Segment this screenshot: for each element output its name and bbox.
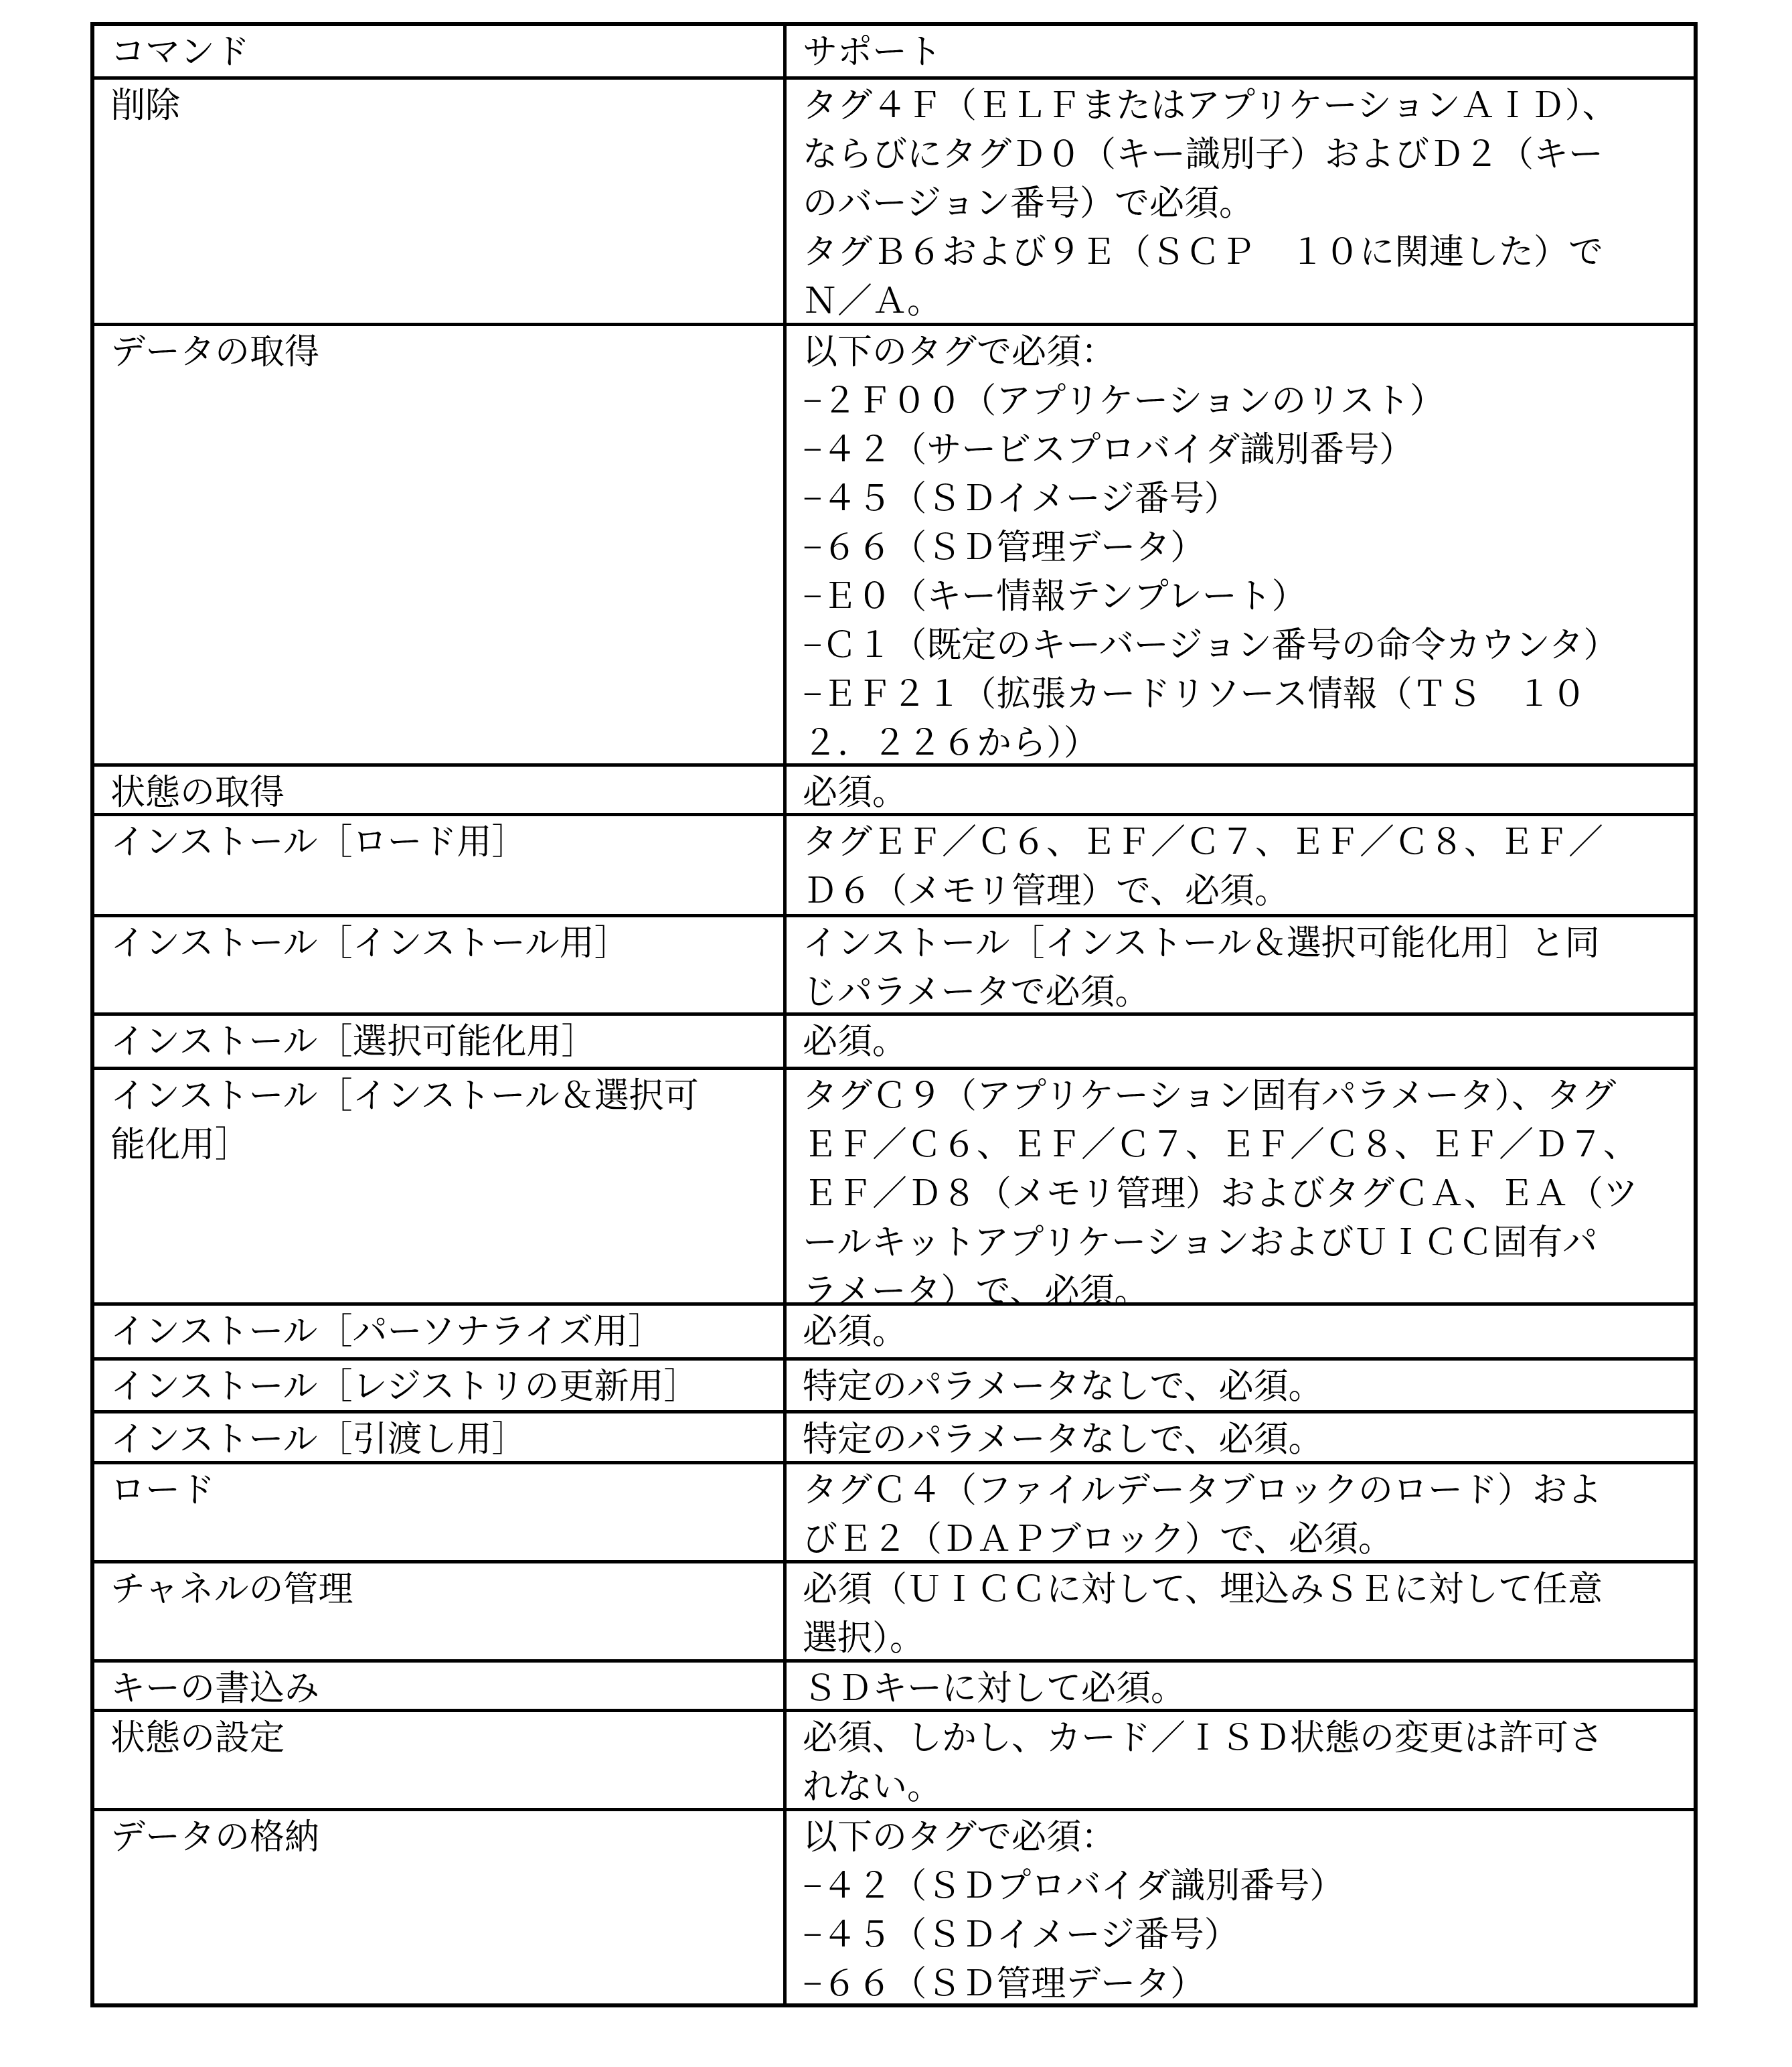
row-set-status: 状態の設定 必須、しかし、カード／ＩＳＤ状態の変更は許可されない。 [94,1712,1694,1811]
command-cell: キーの書込み [94,1663,787,1709]
text-line: タグ４Ｆ（ＥＬＦまたはアプリケーションＡＩＤ）、 [803,82,1679,131]
command-cell: ロード [94,1464,787,1560]
header-command-cell: コマンド [94,26,787,76]
support-cell: 必須（ＵＩＣＣに対して、埋込みＳＥに対して任意選択）。 [787,1563,1694,1659]
command-cell: インストール［引渡し用］ [94,1413,787,1461]
text-line: 能化用］ [110,1121,768,1170]
support-cell: タグＣ４（ファイルデータブロックのロード）およびＥ２（ＤＡＰブロック）で、必須。 [787,1464,1694,1560]
text-line: 以下のタグで必須： [803,328,1679,377]
command-cell: 状態の設定 [94,1712,787,1808]
text-line: 以下のタグで必須： [803,1813,1679,1862]
text-line: −２Ｆ００（アプリケーションのリスト） [803,377,1679,426]
support-cell: タグＥＦ／Ｃ６、ＥＦ／Ｃ７、ＥＦ／Ｃ８、ＥＦ／Ｄ６（メモリ管理）で、必須。 [787,816,1694,914]
row-manage-channel: チャネルの管理 必須（ＵＩＣＣに対して、埋込みＳＥに対して任意選択）。 [94,1563,1694,1663]
row-delete: 削除 タグ４Ｆ（ＥＬＦまたはアプリケーションＡＩＤ）、ならびにタグＤ０（キー識別… [94,80,1694,326]
text-line: −４５（ＳＤイメージ番号） [803,475,1679,524]
text-line: 特定のパラメータなしで、必須。 [803,1415,1679,1461]
row-install-for-load: インストール［ロード用］ タグＥＦ／Ｃ６、ＥＦ／Ｃ７、ＥＦ／Ｃ８、ＥＦ／Ｄ６（メ… [94,816,1694,917]
row-install-for-make-selectable: インストール［選択可能化用］ 必須。 [94,1016,1694,1070]
text-line: −６６（ＳＤ管理データ） [803,524,1679,572]
text-line: タグＥＦ／Ｃ６、ＥＦ／Ｃ７、ＥＦ／Ｃ８、ＥＦ／ [803,818,1679,867]
row-install-for-install: インストール［インストール用］ インストール［インストール＆選択可能化用］と同じ… [94,917,1694,1016]
command-cell: インストール［パーソナライズ用］ [94,1306,787,1357]
document-page: コマンド サポート 削除 タグ４Ｆ（ＥＬＦまたはアプリケーションＡＩＤ）、ならび… [0,0,1792,2067]
support-cell: タグ４Ｆ（ＥＬＦまたはアプリケーションＡＩＤ）、ならびにタグＤ０（キー識別子）お… [787,80,1694,323]
text-line: データの取得 [110,328,768,377]
command-cell: インストール［インストール用］ [94,917,787,1012]
text-line: インストール［インストール＆選択可能化用］と同 [803,919,1679,968]
text-line: −６６（ＳＤ管理データ） [803,1960,1679,2003]
text-line: インストール［引渡し用］ [110,1415,768,1461]
text-line: 必須、しかし、カード／ＩＳＤ状態の変更は許可さ [803,1714,1679,1763]
text-line: キーの書込み [110,1665,768,1709]
support-cell: 以下のタグで必須：−４２（ＳＤプロバイダ識別番号）−４５（ＳＤイメージ番号）−６… [787,1811,1694,2003]
text-line: ロード [110,1466,768,1515]
text-line: じパラメータで必須。 [803,968,1679,1012]
text-line: チャネルの管理 [110,1565,768,1614]
row-put-key: キーの書込み ＳＤキーに対して必須。 [94,1663,1694,1712]
text-line: −４５（ＳＤイメージ番号） [803,1911,1679,1960]
command-cell: 削除 [94,80,787,323]
support-cell: 特定のパラメータなしで、必須。 [787,1361,1694,1410]
text-line: インストール［レジストリの更新用］ [110,1363,768,1410]
text-line: 必須。 [803,1018,1679,1067]
support-cell: ＳＤキーに対して必須。 [787,1663,1694,1709]
row-install-for-install-and-make-selectable: インストール［インストール＆選択可能化用］ タグＣ９（アプリケーション固有パラメ… [94,1070,1694,1306]
text-line: ＳＤキーに対して必須。 [803,1665,1679,1709]
text-line: 必須。 [803,769,1679,813]
header-support-label: サポート [803,28,1679,76]
row-install-for-personalization: インストール［パーソナライズ用］ 必須。 [94,1306,1694,1361]
text-line: Ｄ６（メモリ管理）で、必須。 [803,867,1679,914]
support-cell: 必須、しかし、カード／ＩＳＤ状態の変更は許可されない。 [787,1712,1694,1808]
text-line: Ｎ／Ａ。 [803,277,1679,323]
header-command-label: コマンド [110,28,768,76]
text-line: タグＣ９（アプリケーション固有パラメータ）、タグ [803,1072,1679,1121]
support-cell: 以下のタグで必須：−２Ｆ００（アプリケーションのリスト）−４２（サービスプロバイ… [787,326,1694,763]
text-line: ラメータ）で、必須。 [803,1268,1679,1302]
text-line: 削除 [110,82,768,131]
text-line: 特定のパラメータなしで、必須。 [803,1363,1679,1410]
text-line: 状態の設定 [110,1714,768,1763]
text-line: インストール［ロード用］ [110,818,768,867]
command-cell: チャネルの管理 [94,1563,787,1659]
command-cell: データの格納 [94,1811,787,2003]
text-line: −Ｅ０（キー情報テンプレート） [803,572,1679,621]
text-line: −ＥＦ２１（拡張カードリソース情報（ＴＳ １０ [803,670,1679,719]
text-line: インストール［インストール用］ [110,919,768,968]
text-line: −Ｃ１（既定のキーバージョン番号の命令カウンタ） [803,621,1679,670]
command-cell: インストール［ロード用］ [94,816,787,914]
support-cell: タグＣ９（アプリケーション固有パラメータ）、タグＥＦ／Ｃ６、ＥＦ／Ｃ７、ＥＦ／Ｃ… [787,1070,1694,1302]
text-line: ＥＦ／Ｄ８（メモリ管理）およびタグＣＡ、ＥＡ（ツ [803,1170,1679,1219]
table-header-row: コマンド サポート [94,26,1694,80]
command-cell: データの取得 [94,326,787,763]
support-cell: 特定のパラメータなしで、必須。 [787,1413,1694,1461]
text-line: インストール［選択可能化用］ [110,1018,768,1067]
row-load: ロード タグＣ４（ファイルデータブロックのロード）およびＥ２（ＤＡＰブロック）で… [94,1464,1694,1563]
text-line: ２．２２６から）） [803,719,1679,763]
support-cell: 必須。 [787,767,1694,813]
row-get-data: データの取得 以下のタグで必須：−２Ｆ００（アプリケーションのリスト）−４２（サ… [94,326,1694,767]
text-line: インストール［インストール＆選択可 [110,1072,768,1121]
text-line: 必須（ＵＩＣＣに対して、埋込みＳＥに対して任意 [803,1565,1679,1614]
text-line: ならびにタグＤ０（キー識別子）およびＤ２（キー [803,131,1679,179]
header-support-cell: サポート [787,26,1694,76]
text-line: 選択）。 [803,1614,1679,1659]
support-cell: 必須。 [787,1306,1694,1357]
text-line: ールキットアプリケーションおよびＵＩＣＣ固有パ [803,1219,1679,1268]
command-cell: インストール［レジストリの更新用］ [94,1361,787,1410]
command-support-table: コマンド サポート 削除 タグ４Ｆ（ＥＬＦまたはアプリケーションＡＩＤ）、ならび… [90,22,1698,2007]
text-line: データの格納 [110,1813,768,1862]
text-line: −４２（サービスプロバイダ識別番号） [803,426,1679,475]
support-cell: 必須。 [787,1016,1694,1067]
text-line: びＥ２（ＤＡＰブロック）で、必須。 [803,1515,1679,1560]
command-cell: インストール［インストール＆選択可能化用］ [94,1070,787,1302]
text-line: ＥＦ／Ｃ６、ＥＦ／Ｃ７、ＥＦ／Ｃ８、ＥＦ／Ｄ７、 [803,1121,1679,1170]
text-line: タグＢ６および９Ｅ（ＳＣＰ １０に関連した）で [803,228,1679,277]
support-cell: インストール［インストール＆選択可能化用］と同じパラメータで必須。 [787,917,1694,1012]
text-line: のバージョン番号）で必須。 [803,179,1679,228]
row-install-for-extradition: インストール［引渡し用］ 特定のパラメータなしで、必須。 [94,1413,1694,1464]
text-line: −４２（ＳＤプロバイダ識別番号） [803,1862,1679,1911]
row-get-status: 状態の取得 必須。 [94,767,1694,816]
text-line: 必須。 [803,1308,1679,1357]
text-line: 状態の取得 [110,769,768,813]
command-cell: インストール［選択可能化用］ [94,1016,787,1067]
text-line: インストール［パーソナライズ用］ [110,1308,768,1357]
command-cell: 状態の取得 [94,767,787,813]
row-store-data: データの格納 以下のタグで必須：−４２（ＳＤプロバイダ識別番号）−４５（ＳＤイメ… [94,1811,1694,2003]
row-install-for-registry-update: インストール［レジストリの更新用］ 特定のパラメータなしで、必須。 [94,1361,1694,1413]
text-line: れない。 [803,1763,1679,1808]
text-line: タグＣ４（ファイルデータブロックのロード）およ [803,1466,1679,1515]
